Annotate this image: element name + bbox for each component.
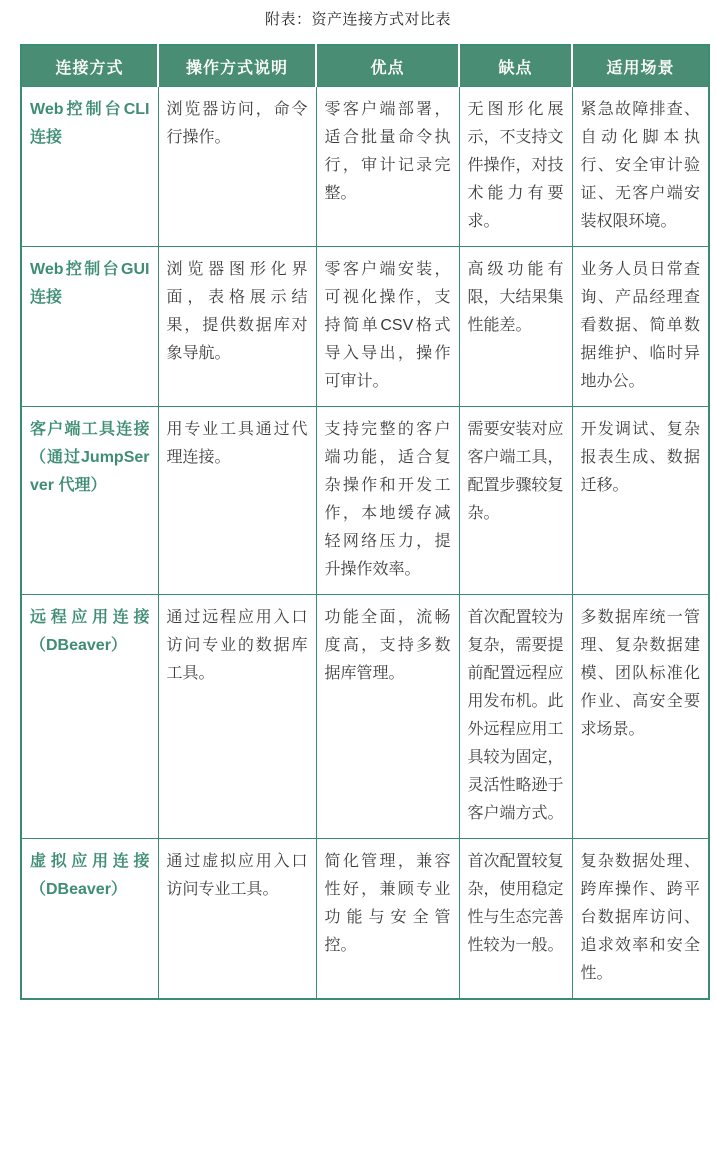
scenarios-cell: 多数据库统一管理、复杂数据建模、团队标准化作业、高安全要求场景。 <box>572 595 709 839</box>
column-header-method: 连接方式 <box>21 45 158 87</box>
cons-cell: 需要安装对应客户端工具，配置步骤较复杂。 <box>459 407 572 595</box>
column-header-operation: 操作方式说明 <box>158 45 316 87</box>
cons-cell: 高级功能有限，大结果集性能差。 <box>459 247 572 407</box>
header-row: 连接方式 操作方式说明 优点 缺点 适用场景 <box>21 45 709 87</box>
table-row: 客户端工具连接（通过JumpServer 代理） 用专业工具通过代理连接。 支持… <box>21 407 709 595</box>
operation-cell: 浏览器访问，命令行操作。 <box>158 87 316 247</box>
cons-cell: 首次配置较复杂，使用稳定性与生态完善性较为一般。 <box>459 839 572 1000</box>
operation-cell: 通过远程应用入口访问专业的数据库工具。 <box>158 595 316 839</box>
method-cell: Web控制台GUI 连接 <box>21 247 158 407</box>
operation-cell: 浏览器图形化界面，表格展示结果，提供数据库对象导航。 <box>158 247 316 407</box>
cons-cell: 首次配置较为复杂，需要提前配置远程应用发布机。此外远程应用工具较为固定，灵活性略… <box>459 595 572 839</box>
column-header-pros: 优点 <box>316 45 459 87</box>
scenarios-cell: 业务人员日常查询、产品经理查看数据、简单数据维护、临时异地办公。 <box>572 247 709 407</box>
page: 附表：资产连接方式对比表 连接方式 操作方式说明 优点 缺点 适用场景 Web控… <box>0 0 716 1000</box>
page-title: 附表：资产连接方式对比表 <box>0 8 716 29</box>
operation-cell: 用专业工具通过代理连接。 <box>158 407 316 595</box>
cons-cell: 无图形化展示，不支持文件操作，对技术能力有要求。 <box>459 87 572 247</box>
scenarios-cell: 复杂数据处理、跨库操作、跨平台数据库访问、追求效率和安全性。 <box>572 839 709 1000</box>
pros-cell: 零客户端安装，可视化操作，支持简单CSV格式导入导出，操作可审计。 <box>316 247 459 407</box>
column-header-cons: 缺点 <box>459 45 572 87</box>
operation-cell: 通过虚拟应用入口访问专业工具。 <box>158 839 316 1000</box>
pros-cell: 简化管理，兼容性好，兼顾专业功能与安全管控。 <box>316 839 459 1000</box>
pros-cell: 功能全面，流畅度高，支持多数据库管理。 <box>316 595 459 839</box>
table-row: Web控制台CLI连接 浏览器访问，命令行操作。 零客户端部署，适合批量命令执行… <box>21 87 709 247</box>
pros-cell: 支持完整的客户端功能，适合复杂操作和开发工作，本地缓存减轻网络压力，提升操作效率… <box>316 407 459 595</box>
method-cell: 远程应用连接（DBeaver） <box>21 595 158 839</box>
scenarios-cell: 开发调试、复杂报表生成、数据迁移。 <box>572 407 709 595</box>
table-row: 虚拟应用连接（DBeaver） 通过虚拟应用入口访问专业工具。 简化管理，兼容性… <box>21 839 709 1000</box>
table-row: Web控制台GUI 连接 浏览器图形化界面，表格展示结果，提供数据库对象导航。 … <box>21 247 709 407</box>
method-cell: 虚拟应用连接（DBeaver） <box>21 839 158 1000</box>
scenarios-cell: 紧急故障排查、自动化脚本执行、安全审计验证、无客户端安装权限环境。 <box>572 87 709 247</box>
method-cell: Web控制台CLI连接 <box>21 87 158 247</box>
pros-cell: 零客户端部署，适合批量命令执行，审计记录完整。 <box>316 87 459 247</box>
column-header-scenarios: 适用场景 <box>572 45 709 87</box>
comparison-table: 连接方式 操作方式说明 优点 缺点 适用场景 Web控制台CLI连接 浏览器访问… <box>20 44 710 1000</box>
method-cell: 客户端工具连接（通过JumpServer 代理） <box>21 407 158 595</box>
table-row: 远程应用连接（DBeaver） 通过远程应用入口访问专业的数据库工具。 功能全面… <box>21 595 709 839</box>
